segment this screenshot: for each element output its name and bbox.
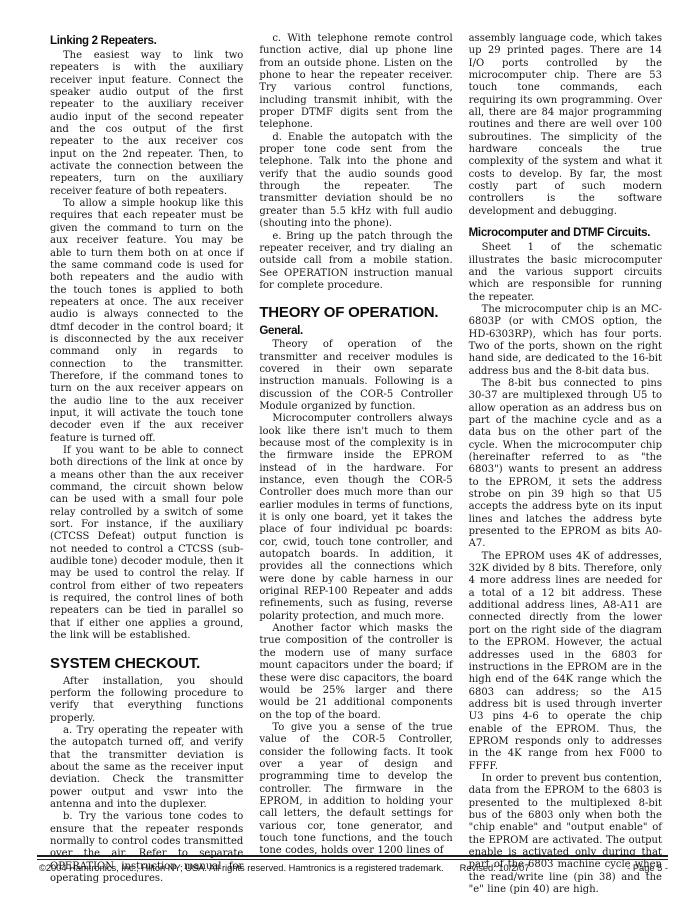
paragraph: If you want to be able to connect both d… xyxy=(50,445,243,643)
paragraph: The 8-bit bus connected to pins 30-37 ar… xyxy=(469,378,662,551)
paragraph: After installation, you should perform t… xyxy=(50,676,243,725)
paragraph: In order to prevent bus contention, data… xyxy=(469,773,662,896)
paragraph: Sheet 1 of the schematic illustrates the… xyxy=(469,242,662,304)
footer-copyright: ©2004 Hamtronics, Inc.; Hilton NY; USA. … xyxy=(39,863,444,873)
page-footer: ©2004 Hamtronics, Inc.; Hilton NY; USA. … xyxy=(37,855,668,873)
column-middle: c. With telephone remote control functio… xyxy=(259,33,452,896)
footer-page-number: - Page 5 - xyxy=(627,863,668,873)
paragraph: Theory of operation of the transmitter a… xyxy=(259,339,452,413)
text-columns: Linking 2 Repeaters. The easiest way to … xyxy=(50,33,662,896)
paragraph: The microcomputer chip is an MC-6803P (o… xyxy=(469,304,662,378)
paragraph: d. Enable the autopatch with the proper … xyxy=(259,132,452,231)
paragraph: c. With telephone remote control functio… xyxy=(259,33,452,132)
paragraph: Microcomputer controllers always look li… xyxy=(259,413,452,623)
paragraph: e. Bring up the patch through the repeat… xyxy=(259,231,452,293)
heading-linking-2-repeaters: Linking 2 Repeaters. xyxy=(50,35,243,47)
paragraph-continuation: assembly language code, which takes up 2… xyxy=(469,33,662,218)
heading-microcomputer-and-dtmf-circuits: Microcomputer and DTMF Circuits. xyxy=(469,227,662,239)
heading-general: General. xyxy=(259,325,452,337)
heading-theory-of-operation: THEORY OF OPERATION. xyxy=(259,304,452,321)
paragraph: b. Try the various tone codes to ensure … xyxy=(50,811,243,885)
column-left: Linking 2 Repeaters. The easiest way to … xyxy=(50,33,243,896)
heading-system-checkout: SYSTEM CHECKOUT. xyxy=(50,655,243,672)
document-page: Linking 2 Repeaters. The easiest way to … xyxy=(0,0,695,899)
paragraph: To give you a sense of the true value of… xyxy=(259,722,452,858)
column-right: assembly language code, which takes up 2… xyxy=(469,33,662,896)
footer-text-row: ©2004 Hamtronics, Inc.; Hilton NY; USA. … xyxy=(37,863,668,873)
footer-revised-date: Revised: 10/2/07 xyxy=(460,863,530,873)
paragraph: To allow a simple hookup like this requi… xyxy=(50,198,243,445)
paragraph: The easiest way to link two repeaters is… xyxy=(50,50,243,198)
footer-divider xyxy=(37,855,668,860)
paragraph: Another factor which masks the true comp… xyxy=(259,623,452,722)
paragraph: a. Try operating the repeater with the a… xyxy=(50,725,243,811)
paragraph: The EPROM uses 4K of addresses, 32K divi… xyxy=(469,551,662,773)
